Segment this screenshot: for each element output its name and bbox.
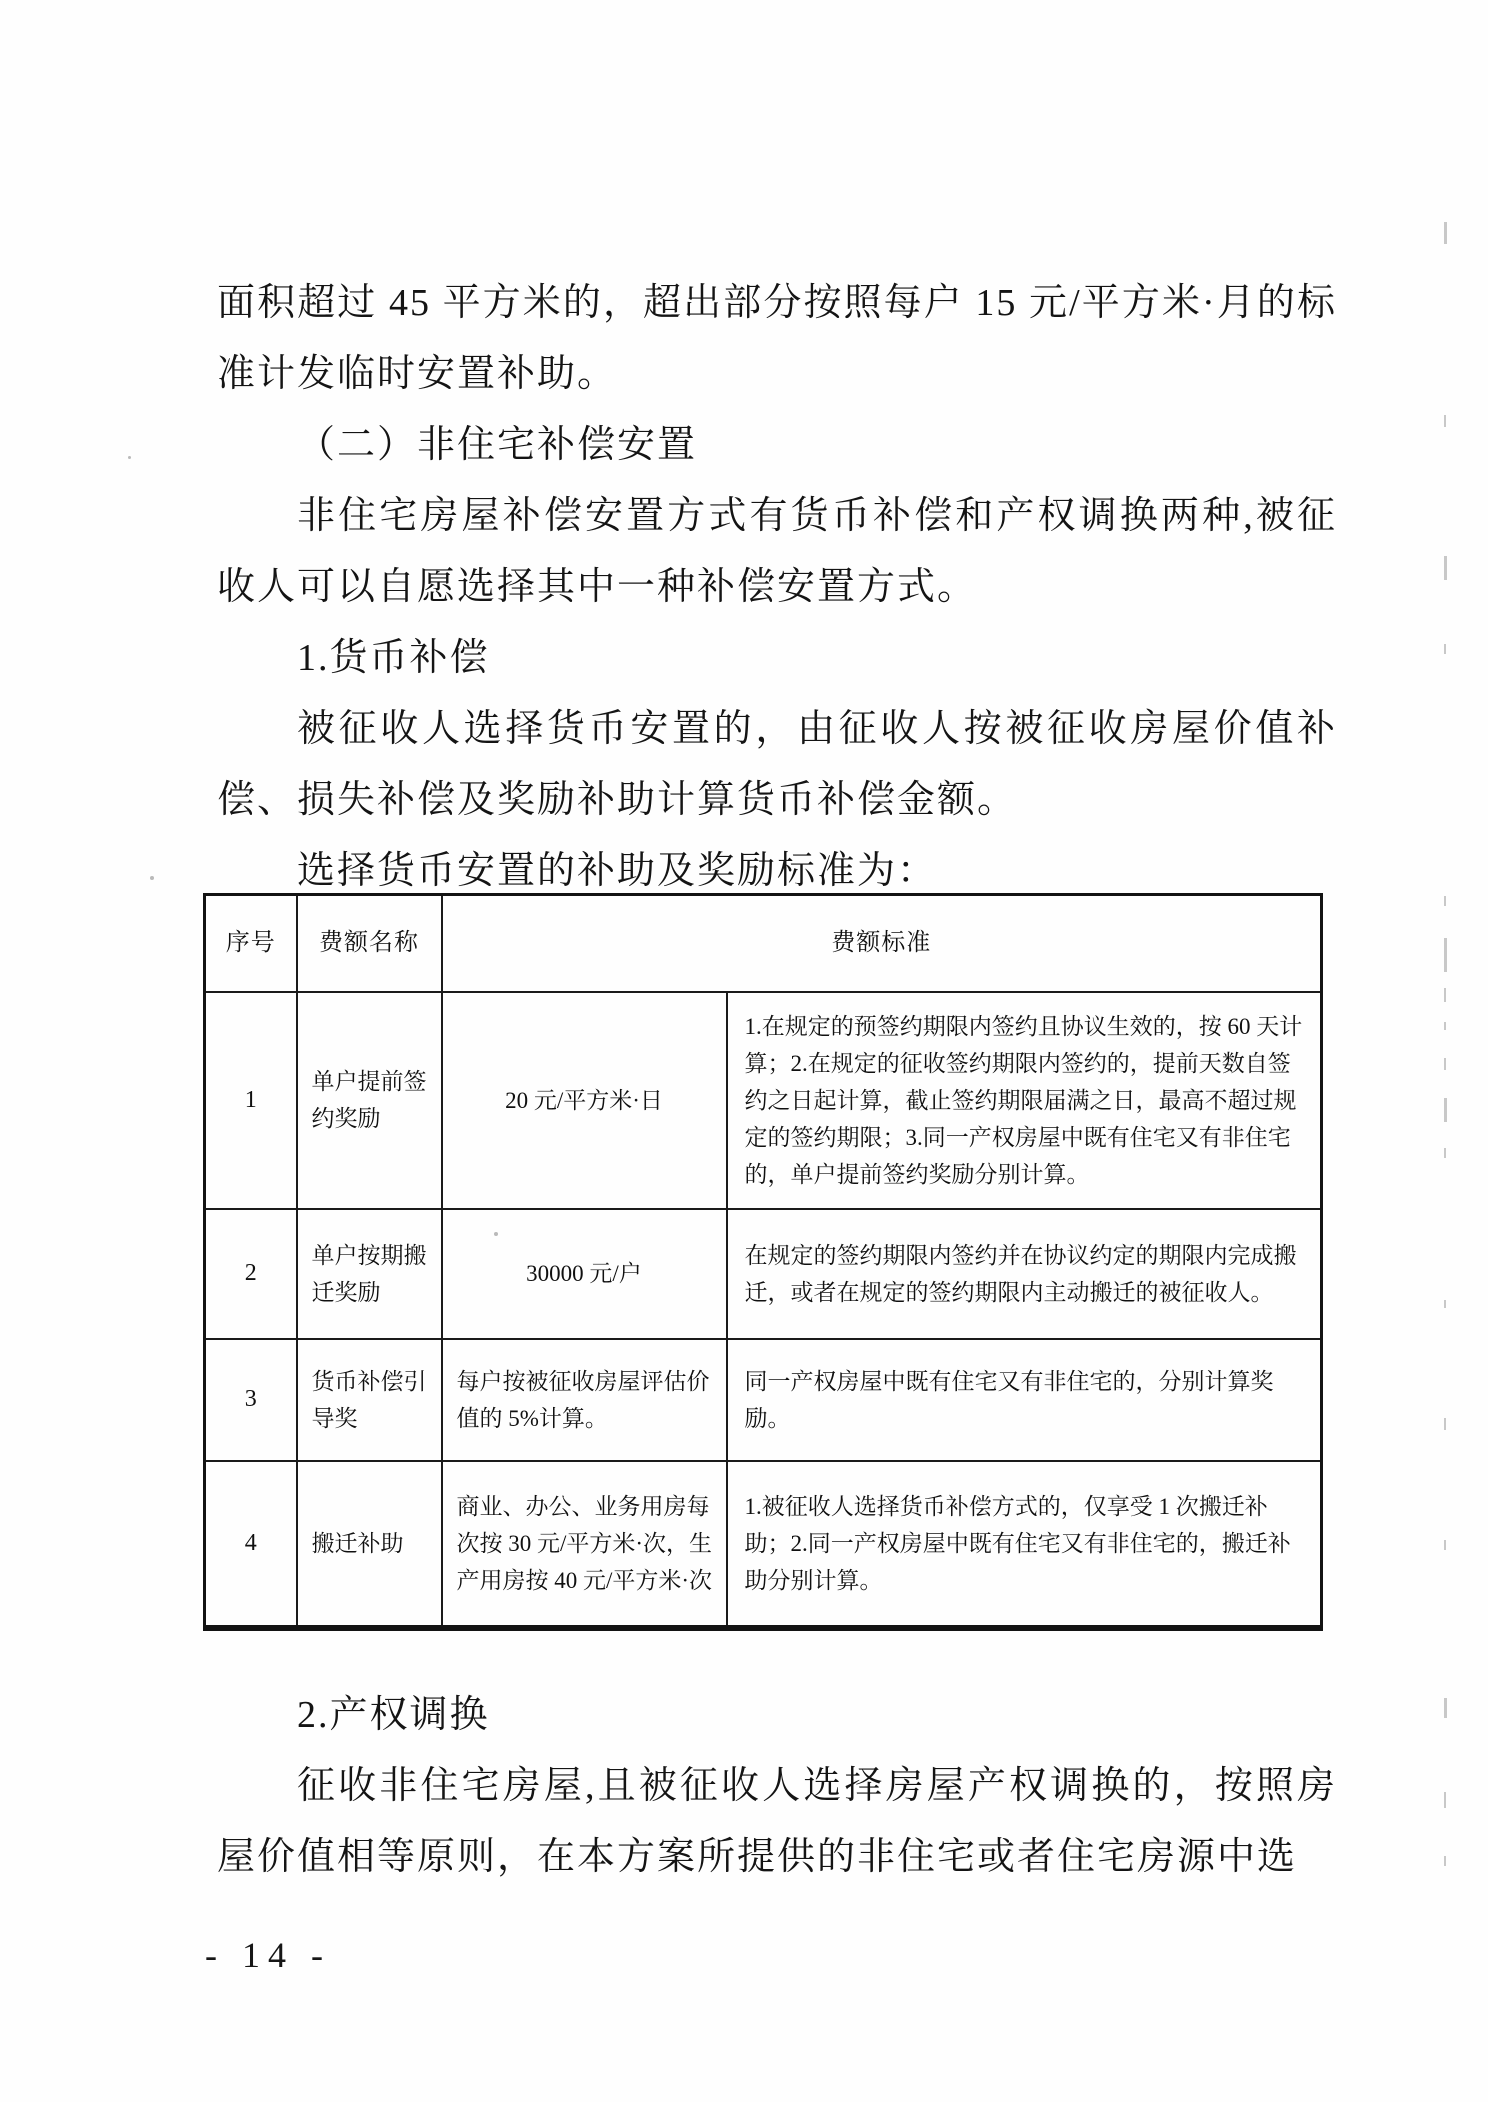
col-header-index: 序号 (205, 895, 297, 992)
row-index: 1 (205, 992, 297, 1209)
scan-artifact (1444, 1148, 1446, 1158)
col-header-standard: 费额标准 (442, 895, 1322, 992)
para-monetary-calculation: 被征收人选择货币安置的，由征收人按被征收房屋价值补偿、损失补偿及奖励补助计算货币… (217, 694, 1337, 836)
scan-artifact (1444, 415, 1446, 427)
table-row: 4 搬迁补助 商业、办公、业务用房每次按 30 元/平方米·次，生产用房按 40… (205, 1461, 1322, 1628)
scan-artifact (1444, 988, 1446, 1002)
scan-artifact (494, 1232, 498, 1236)
fee-amount: 商业、办公、业务用房每次按 30 元/平方米·次，生产用房按 40 元/平方米·… (442, 1461, 727, 1628)
para-property-swap: 征收非住宅房屋,且被征收人选择房屋产权调换的，按照房屋价值相等原则，在本方案所提… (217, 1751, 1337, 1893)
para-temp-subsidy: 面积超过 45 平方米的，超出部分按照每户 15 元/平方米·月的标准计发临时安… (217, 268, 1337, 410)
fee-standard: 在规定的签约期限内签约并在协议约定的期限内完成搬迁，或者在规定的签约期限内主动搬… (727, 1209, 1322, 1339)
heading-property-swap: 2.产权调换 (217, 1680, 1337, 1751)
fee-amount: 20 元/平方米·日 (442, 992, 727, 1209)
scan-artifact (1444, 896, 1446, 906)
para-compensation-methods: 非住宅房屋补偿安置方式有货币补偿和产权调换两种,被征收人可以自愿选择其中一种补偿… (217, 481, 1337, 623)
scan-artifact (1444, 1098, 1447, 1122)
heading-non-residential: （二）非住宅补偿安置 (217, 410, 1337, 481)
scan-artifact (128, 456, 131, 459)
document-page: 面积超过 45 平方米的，超出部分按照每户 15 元/平方米·月的标准计发临时安… (0, 0, 1488, 2102)
scan-artifact (1444, 1856, 1446, 1866)
scan-artifact (1444, 222, 1447, 244)
fee-name: 单户按期搬迁奖励 (297, 1209, 442, 1339)
fee-amount: 每户按被征收房屋评估价值的 5%计算。 (442, 1339, 727, 1461)
heading-monetary-compensation: 1.货币补偿 (217, 623, 1337, 694)
fee-name: 搬迁补助 (297, 1461, 442, 1628)
row-index: 3 (205, 1339, 297, 1461)
scan-artifact (1444, 1418, 1446, 1430)
scan-artifact (1444, 1698, 1447, 1718)
scan-artifact (1444, 1058, 1446, 1070)
table-row: 2 单户按期搬迁奖励 30000 元/户 在规定的签约期限内签约并在协议约定的期… (205, 1209, 1322, 1339)
subsidy-standards-table: 序号 费额名称 费额标准 1 单户提前签约奖励 20 元/平方米·日 1.在规定… (203, 893, 1323, 1631)
row-index: 2 (205, 1209, 297, 1339)
fee-standard: 同一产权房屋中既有住宅又有非住宅的，分别计算奖励。 (727, 1339, 1322, 1461)
scan-artifact (1444, 1022, 1446, 1030)
body-text-block: 面积超过 45 平方米的，超出部分按照每户 15 元/平方米·月的标准计发临时安… (217, 268, 1337, 907)
fee-standard: 1.在规定的预签约期限内签约且协议生效的，按 60 天计算；2.在规定的征收签约… (727, 992, 1322, 1209)
col-header-name: 费额名称 (297, 895, 442, 992)
table-header-row: 序号 费额名称 费额标准 (205, 895, 1322, 992)
scan-artifact (150, 876, 154, 880)
table-row: 1 单户提前签约奖励 20 元/平方米·日 1.在规定的预签约期限内签约且协议生… (205, 992, 1322, 1209)
fee-amount: 30000 元/户 (442, 1209, 727, 1339)
row-index: 4 (205, 1461, 297, 1628)
scan-artifact (1444, 556, 1447, 580)
page-number: - 14 - (205, 1934, 331, 1976)
scan-artifact (1444, 938, 1447, 972)
table-row: 3 货币补偿引导奖 每户按被征收房屋评估价值的 5%计算。 同一产权房屋中既有住… (205, 1339, 1322, 1461)
after-table-text-block: 2.产权调换 征收非住宅房屋,且被征收人选择房屋产权调换的，按照房屋价值相等原则… (217, 1680, 1337, 1893)
scan-artifact (1444, 1300, 1446, 1308)
scan-artifact (1444, 1792, 1446, 1808)
scan-artifact (1444, 1540, 1446, 1550)
fee-standard: 1.被征收人选择货币补偿方式的，仅享受 1 次搬迁补助；2.同一产权房屋中既有住… (727, 1461, 1322, 1628)
fee-name: 货币补偿引导奖 (297, 1339, 442, 1461)
fee-name: 单户提前签约奖励 (297, 992, 442, 1209)
scan-artifact (1444, 644, 1446, 654)
